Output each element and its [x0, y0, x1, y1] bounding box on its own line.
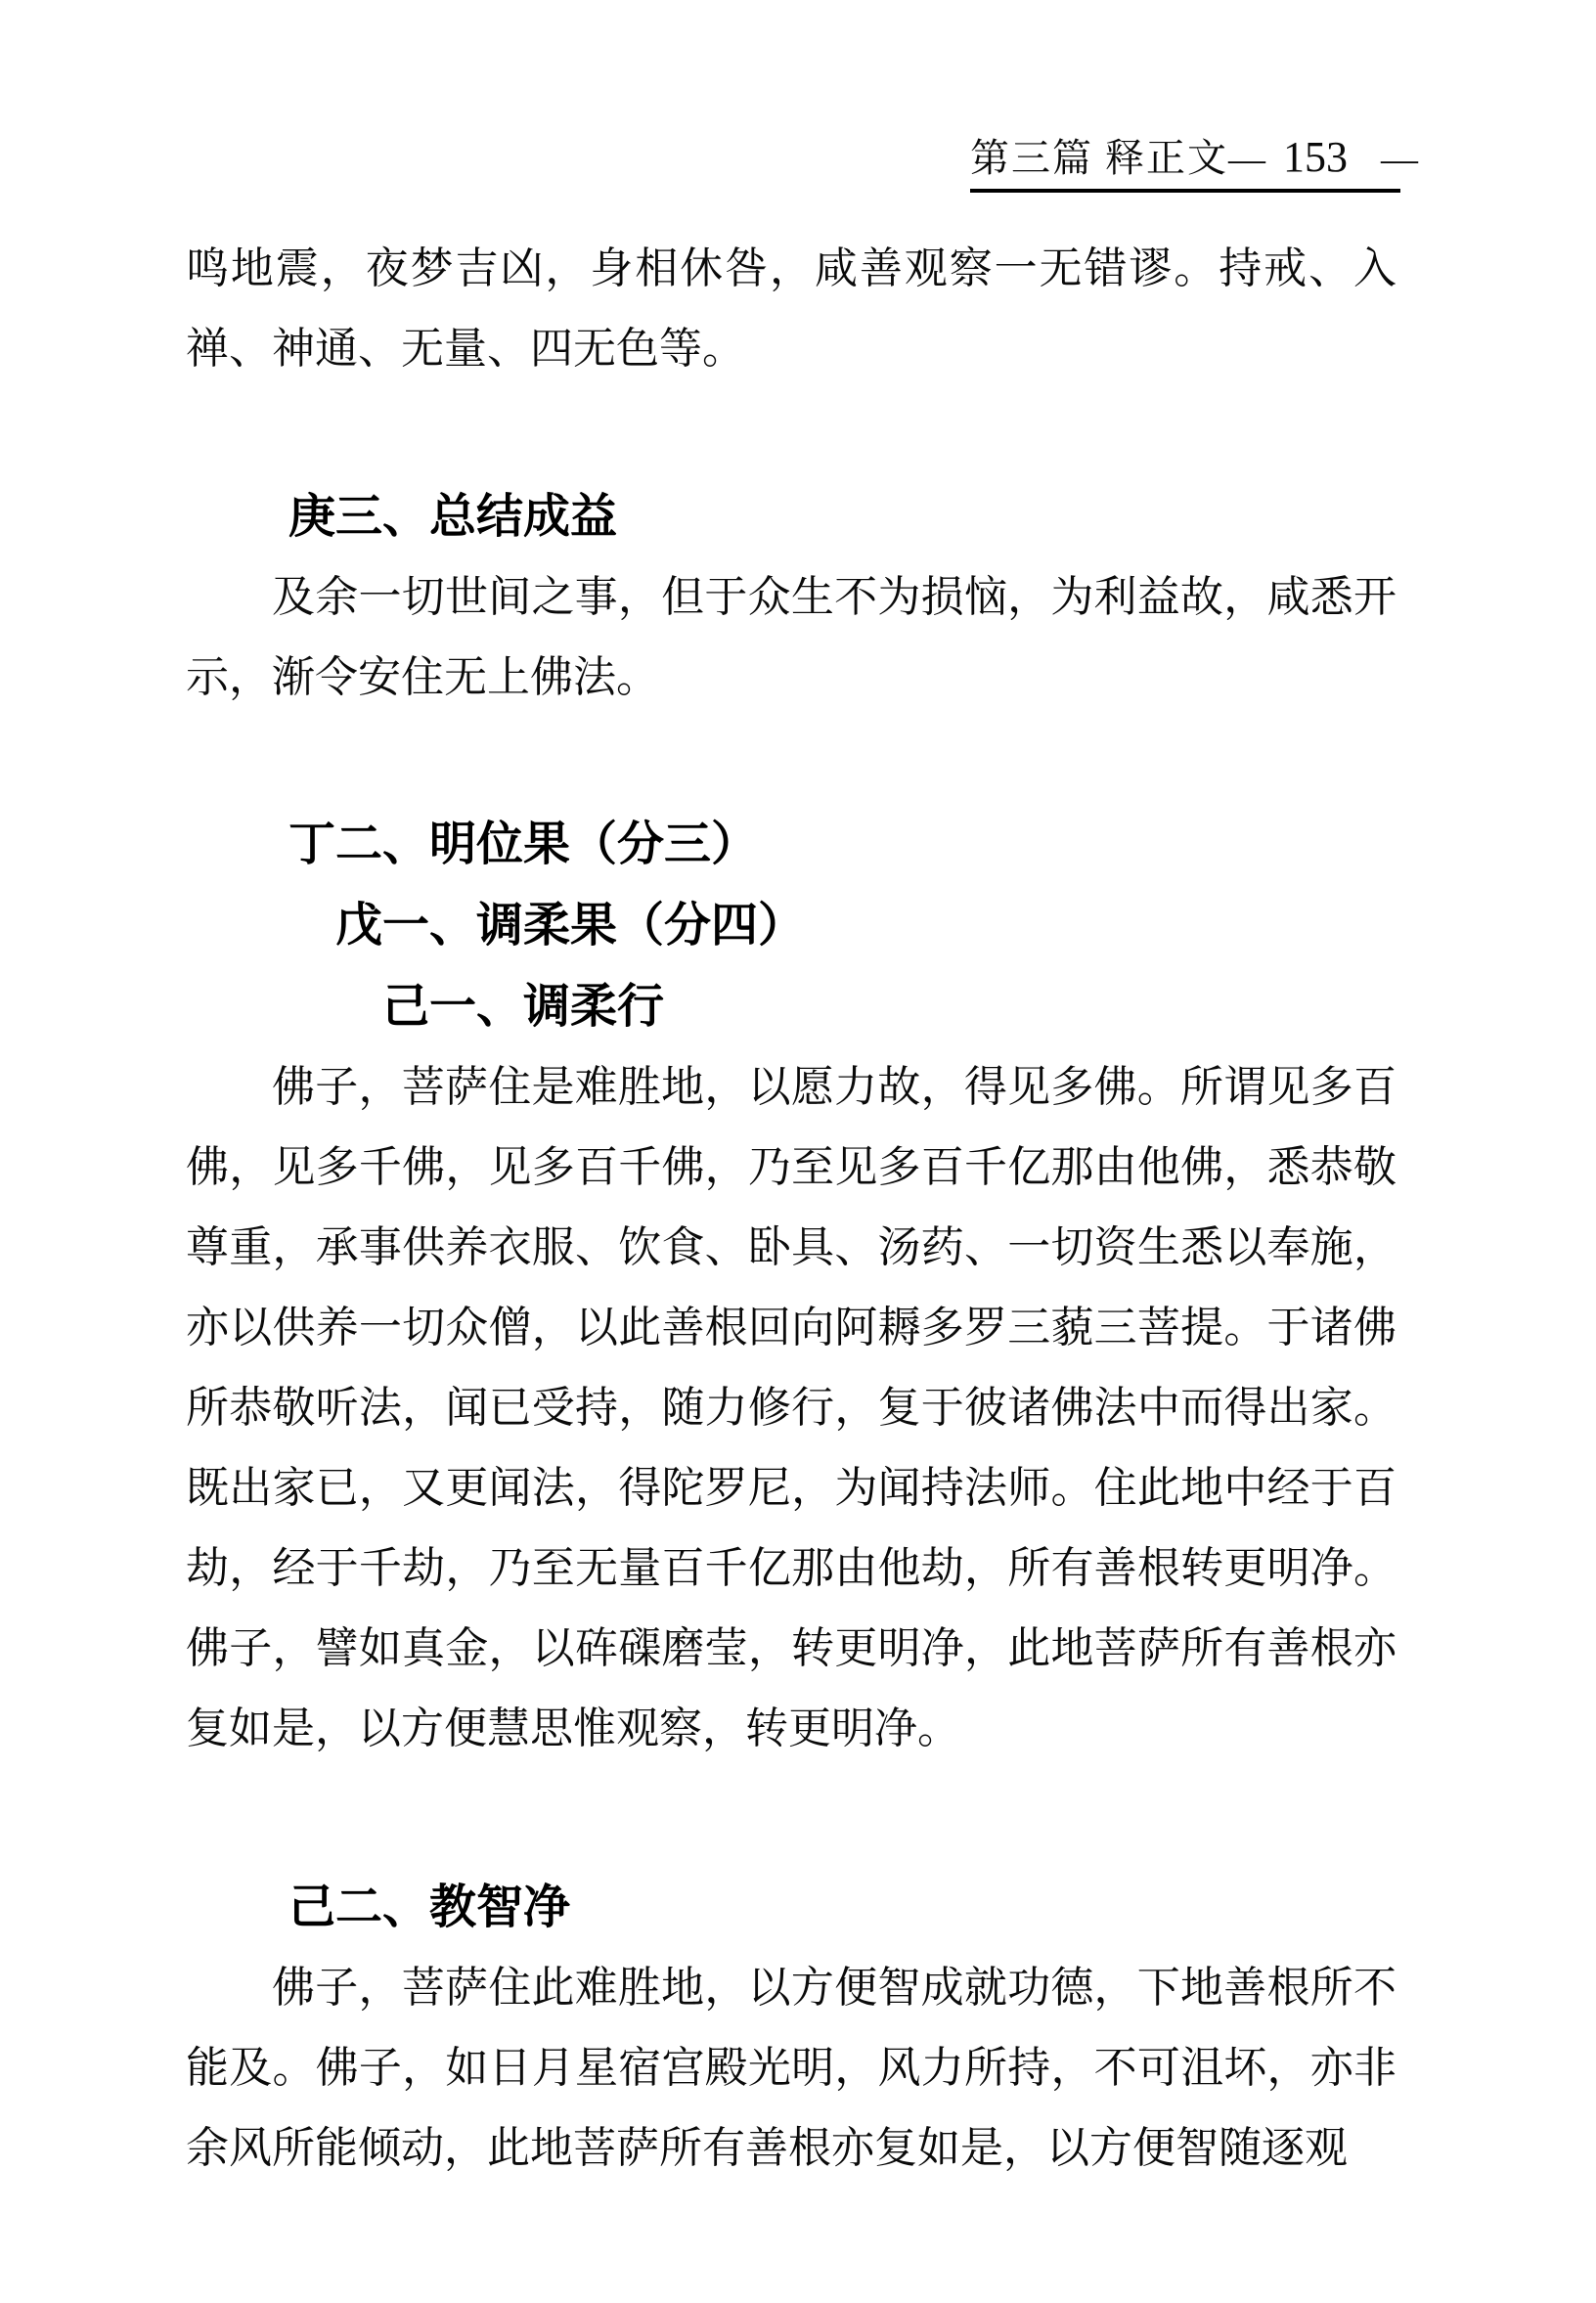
body-paragraph: 佛子，菩萨住是难胜地，以愿力故，得见多佛。所谓见多百佛，见多千佛，见多百千佛，乃… [186, 1047, 1396, 1769]
body-paragraph: 及余一切世间之事，但于众生不为损恼，为利益故，咸悉开示，渐令安住无上佛法。 [186, 557, 1396, 718]
section-heading-ji2: 己二、教智净 [288, 1868, 1396, 1948]
section-heading-geng3: 庚三、总结成益 [288, 477, 1396, 557]
section-heading-wu1: 戊一、调柔果（分四） [335, 886, 1396, 966]
section-heading-ji1: 己一、调柔行 [382, 967, 1396, 1047]
text-column: 鸣地震，夜梦吉凶，身相休咎，咸善观察一无错谬。持戒、入禅、神通、无量、四无色等。… [186, 0, 1396, 2189]
body-paragraph-continuation: 鸣地震，夜梦吉凶，身相休咎，咸善观察一无错谬。持戒、入禅、神通、无量、四无色等。 [186, 229, 1396, 389]
section-heading-ding2: 丁二、明位果（分三） [288, 805, 1396, 885]
body-paragraph: 佛子，菩萨住此难胜地，以方便智成就功德，下地善根所不能及。佛子，如日月星宿宫殿光… [186, 1948, 1396, 2189]
book-page: 第三篇 释正文 — 153 — 鸣地震，夜梦吉凶，身相休咎，咸善观察一无错谬。持… [0, 0, 1596, 2303]
